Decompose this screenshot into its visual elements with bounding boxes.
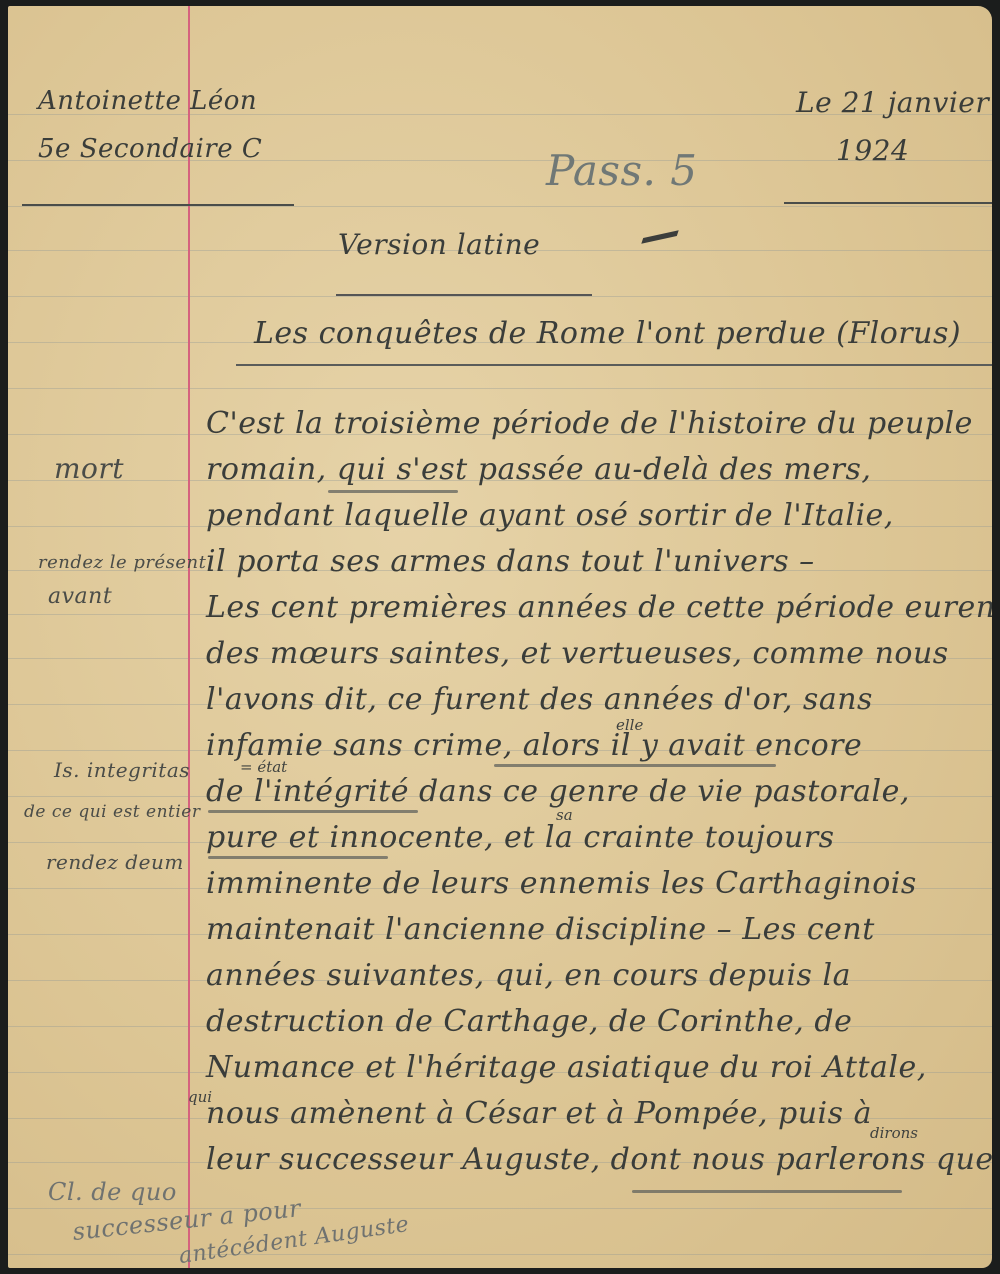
margin-note-mort: mort (54, 452, 124, 485)
margin-note-2b: avant (48, 584, 112, 609)
correction-underline-5 (632, 1190, 902, 1193)
correction-dirons: dirons (870, 1124, 918, 1142)
body-line-4: il porta ses armes dans tout l'univers – (206, 544, 815, 579)
body-line-3: pendant laquelle ayant osé sortir de l'I… (206, 498, 894, 533)
body-line-9: de l'intégrité dans ce genre de vie past… (206, 774, 910, 809)
notebook-page: Antoinette Léon 5e Secondaire C Le 21 ja… (8, 6, 992, 1268)
margin-note-3a: Is. integritas (54, 758, 190, 782)
correction-underline-1 (328, 490, 458, 493)
subject-underline (236, 364, 992, 366)
body-line-6: des mœurs saintes, et vertueuses, comme … (206, 636, 949, 671)
header-underline-right (784, 202, 992, 204)
correction-qui: qui (188, 1088, 212, 1106)
correction-elle: elle (616, 716, 643, 734)
body-line-2: romain, qui s'est passée au-delà des mer… (206, 452, 871, 487)
margin-note-2a: rendez le présent (38, 552, 206, 573)
exercise-title: Version latine (338, 228, 540, 261)
body-line-12: maintenait l'ancienne discipline – Les c… (206, 912, 875, 947)
body-line-8: infamie sans crime, alors il y avait enc… (206, 728, 862, 763)
grade-mark: Pass. 5 (546, 146, 697, 195)
class-label: 5e Secondaire C (38, 134, 262, 164)
margin-note-3c: rendez deum (46, 850, 184, 874)
body-line-1: C'est la troisième période de l'histoire… (206, 406, 973, 441)
body-line-17: leur successeur Auguste, dont nous parle… (206, 1142, 992, 1177)
correction-etat: = état (240, 758, 287, 776)
correction-underline-2 (494, 764, 776, 767)
date-line1: Le 21 janvier (796, 86, 989, 119)
title-underline (336, 294, 592, 296)
date-year: 1924 (836, 134, 909, 167)
header-underline-left (22, 204, 294, 206)
correction-underline-4 (208, 856, 388, 859)
correction-sa: sa (556, 806, 573, 824)
body-line-11: imminente de leurs ennemis les Carthagin… (206, 866, 917, 901)
bottom-note-1: Cl. de quo (48, 1178, 177, 1206)
margin-line (188, 6, 190, 1268)
subject-title: Les conquêtes de Rome l'ont perdue (Flor… (254, 316, 961, 351)
body-line-10: pure et innocente, et la crainte toujour… (206, 820, 835, 855)
body-line-16: nous amènent à César et à Pompée, puis à (206, 1096, 872, 1131)
body-line-15: Numance et l'héritage asiatique du roi A… (206, 1050, 927, 1085)
body-line-5: Les cent premières années de cette pério… (206, 590, 992, 625)
body-line-13: années suivantes, qui, en cours depuis l… (206, 958, 851, 993)
correction-underline-3 (208, 810, 418, 813)
margin-note-3b: de ce qui est entier (24, 802, 201, 822)
body-line-14: destruction de Carthage, de Corinthe, de (206, 1004, 852, 1039)
grade-dash (641, 230, 678, 244)
body-line-7: l'avons dit, ce furent des années d'or, … (206, 682, 873, 717)
student-name: Antoinette Léon (38, 86, 257, 116)
